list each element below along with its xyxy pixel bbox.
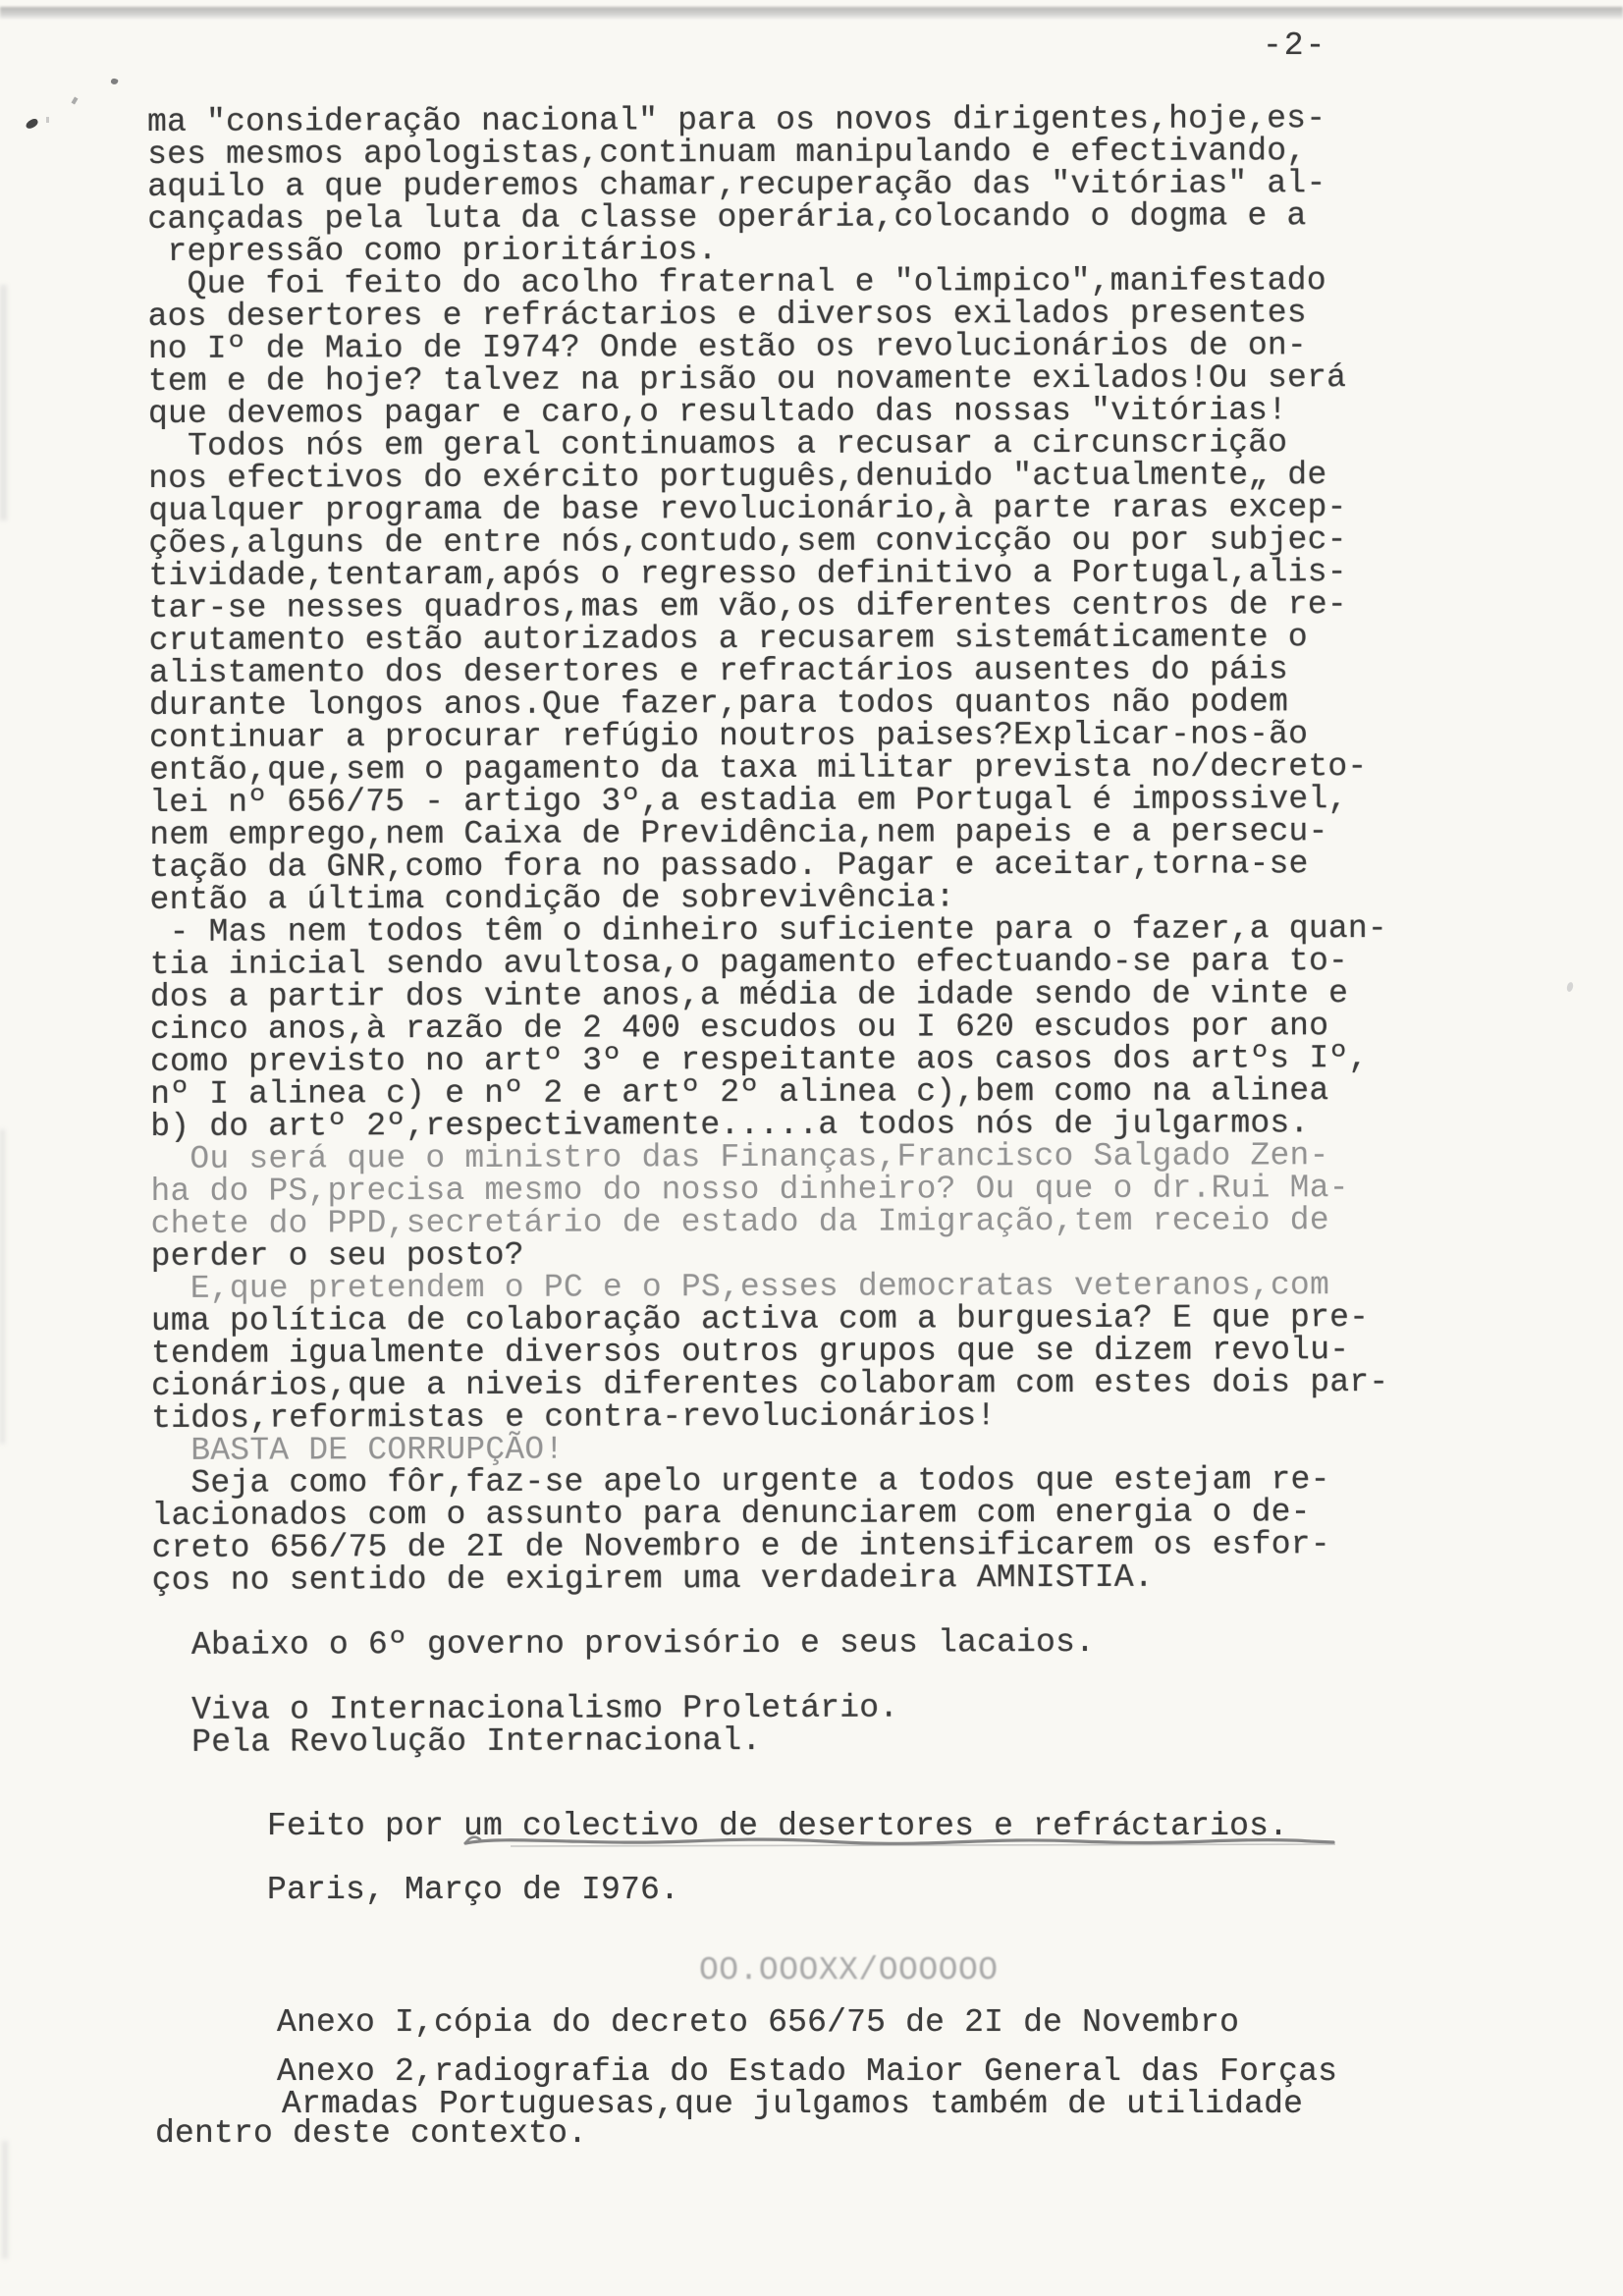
body-line: cionários,que a niveis diferentes colabo… (151, 1366, 1388, 1402)
body-line: tação da GNR,como fora no passado. Pagar… (149, 847, 1386, 884)
body-line: tidos,reformistas e contra-revolucionári… (151, 1398, 1388, 1435)
scan-streak (0, 1129, 5, 1444)
body-line: Abaixo o 6º governo provisório e seus la… (152, 1625, 1389, 1662)
body-line: creto 656/75 de 2I de Novembro e de inte… (152, 1528, 1389, 1564)
page-number: -2- (1263, 29, 1326, 62)
body-line (152, 1593, 1389, 1629)
place-date-line: Paris, Março de I976. (267, 1874, 679, 1906)
annex-2-line-1: Anexo 2,radiografia do Estado Maior Gene… (277, 2055, 1337, 2088)
ink-speck (25, 118, 39, 131)
scan-streak (2, 2141, 8, 2259)
body-line (152, 1658, 1389, 1694)
ink-speck (1566, 981, 1574, 992)
body-line: ços no sentido de exigirem uma verdadeir… (152, 1560, 1389, 1597)
hand-drawn-underline (452, 1832, 1345, 1852)
body-line: cançadas pela luta da classe operária,co… (147, 199, 1384, 236)
body-line: chete do PPD,secretário de estado da Imi… (151, 1204, 1388, 1240)
crossed-out-separator: OO.OOOXX/OOOOOO (699, 1954, 999, 1987)
ink-speck (46, 117, 49, 123)
authorship-prefix: Feito por (267, 1808, 463, 1844)
scan-streak (0, 285, 7, 520)
annex-2-line-3: dentro deste contexto. (155, 2117, 587, 2150)
ink-speck (110, 78, 119, 85)
document-body: ma "consideração nacional" para os novos… (147, 102, 1389, 1759)
annex-1-line: Anexo I,cópia do decreto 656/75 de 2I de… (277, 2006, 1239, 2039)
scan-edge-artifact (0, 7, 1623, 19)
body-line: Viva o Internacionalismo Proletário. (152, 1690, 1389, 1726)
scanned-page: -2- ma "consideração nacional" para os n… (0, 0, 1623, 2296)
ink-speck (72, 96, 79, 104)
body-line: Pela Revolução Internacional. (152, 1722, 1389, 1759)
